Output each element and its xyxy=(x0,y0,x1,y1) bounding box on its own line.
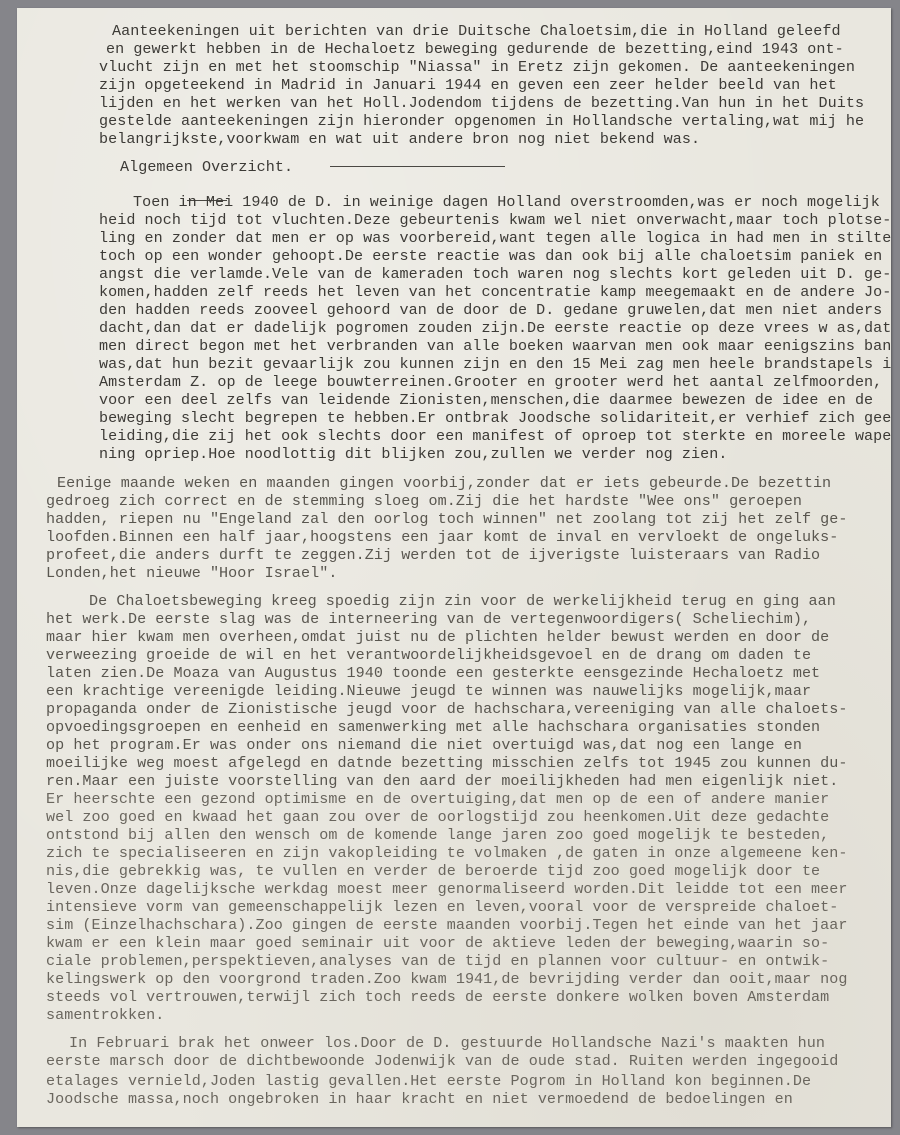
paragraph-3-line: ren.Maar een juiste voorstelling van den… xyxy=(46,772,838,790)
paragraph-3-line: kelingswerk op den voorgrond traden.Zoo … xyxy=(46,970,847,988)
paragraph-3-line: ontstond bij allen den wensch om de kome… xyxy=(46,826,829,844)
paragraph-1-line: komen,hadden zelf reeds het leven van he… xyxy=(99,283,891,301)
paragraph-1-line: den hadden reeds zooveel gehoord van de … xyxy=(99,301,882,319)
separator-rule xyxy=(330,166,505,167)
paragraph-1-line: men direct begon met het verbranden van … xyxy=(99,337,891,355)
paragraph-1-line: toch op een wonder gehoopt.De eerste rea… xyxy=(99,247,882,265)
paragraph-1-line: was,dat hun bezit gevaarlijk zou kunnen … xyxy=(99,355,891,373)
paragraph-1-line: angst die verlamde.Vele van de kameraden… xyxy=(99,265,891,283)
paragraph-3-line: steeds vol vertrouwen,terwijl zich toch … xyxy=(46,988,829,1006)
paragraph-3-line: een krachtige vereenigde leiding.Nieuwe … xyxy=(46,682,811,700)
paragraph-3-line: nis,die gebrekkig was, te vullen en verd… xyxy=(46,862,820,880)
paragraph-3-line: ciale problemen,perspektieven,analyses v… xyxy=(46,952,829,970)
intro-line: belangrijkste,voorkwam en wat uit andere… xyxy=(99,130,700,148)
page-text-area: Aanteekeningen uit berichten van drie Du… xyxy=(17,8,891,1127)
paragraph-3-line: wel zoo goed en kwaad het gaan zou over … xyxy=(46,808,829,826)
intro-line: gestelde aanteekeningen zijn hieronder o… xyxy=(99,112,864,130)
paragraph-3-line: maar hier kwam men overheen,omdat juist … xyxy=(46,628,829,646)
paragraph-3-line: zich te specialiseeren en zijn vakopleid… xyxy=(46,844,847,862)
paragraph-3-line: laten zien.De Moaza van Augustus 1940 to… xyxy=(46,664,820,682)
paragraph-3-line: samentrokken. xyxy=(46,1006,164,1024)
paragraph-4-line: eerste marsch door de dichtbewoonde Jode… xyxy=(46,1052,838,1070)
document-page: Aanteekeningen uit berichten van drie Du… xyxy=(17,8,891,1127)
paragraph-3-line: opvoedingsgroepen en eenheid en samenwer… xyxy=(46,718,820,736)
paragraph-4-line: Joodsche massa,noch ongebroken in haar k… xyxy=(46,1090,793,1108)
section-heading: Algemeen Overzicht. xyxy=(120,158,293,176)
intro-line: vlucht zijn en met het stoomschip "Niass… xyxy=(99,58,855,76)
paragraph-2-line: Londen,het nieuwe "Hoor Israel". xyxy=(46,564,337,582)
paragraph-2-line: profeet,die anders durft te zeggen.Zij w… xyxy=(46,546,820,564)
intro-line: Aanteekeningen uit berichten van drie Du… xyxy=(112,22,841,40)
paragraph-4-line: etalages vernield,Joden lastig gevallen.… xyxy=(46,1072,811,1090)
paragraph-3-line: De Chaloetsbeweging kreeg spoedig zijn z… xyxy=(89,592,836,610)
paragraph-2-line: loofden.Binnen een half jaar,hoogstens e… xyxy=(46,528,838,546)
paragraph-1-line: ling en zonder dat men er op was voorber… xyxy=(99,229,891,247)
paragraph-1-line: heid noch tijd tot vluchten.Deze gebeurt… xyxy=(99,211,891,229)
paragraph-1-line: leiding,die zij het ook slechts door een… xyxy=(99,427,891,445)
paragraph-1-line: Amsterdam Z. op de leege bouwterreinen.G… xyxy=(99,373,882,391)
paragraph-3-line: moeilijke weg moest afgelegd en datnde b… xyxy=(46,754,847,772)
paragraph-3-line: verweezing groeide de wil en het verantw… xyxy=(46,646,811,664)
intro-line: lijden en het werken van het Holl.Jodend… xyxy=(99,94,864,112)
paragraph-1-line: beweging slecht begrepen te hebben.Er on… xyxy=(99,409,891,427)
intro-line: zijn opgeteekend in Madrid in Januari 19… xyxy=(99,76,837,94)
paragraph-3-line: intensieve vorm van gemeenschappelijk le… xyxy=(46,898,838,916)
paragraph-2-line: Eenige maande weken en maanden gingen vo… xyxy=(57,474,831,492)
paragraph-4-line: In Februari brak het onweer los.Door de … xyxy=(69,1034,825,1052)
paragraph-1-line: ning opriep.Hoe noodlottig dit blijken z… xyxy=(99,445,727,463)
paragraph-1-line: voor een deel zelfs van leidende Zionist… xyxy=(99,391,873,409)
paragraph-3-line: leven.Onze dagelijksche werkdag moest me… xyxy=(46,880,847,898)
paragraph-1-line: Toen in Mei 1940 de D. in weinige dagen … xyxy=(133,193,880,211)
paragraph-2-line: gedroeg zich correct en de stemming sloe… xyxy=(46,492,802,510)
paragraph-3-line: Er heerschte een gezond optimisme en de … xyxy=(46,790,829,808)
paragraph-1-line: dacht,dan dat er dadelijk pogromen zoude… xyxy=(99,319,891,337)
intro-line: en gewerkt hebben in de Hechaloetz beweg… xyxy=(106,40,844,58)
paragraph-3-line: sim (Einzelhachschara).Zoo gingen de eer… xyxy=(46,916,847,934)
paragraph-3-line: propaganda onder de Zionistische jeugd v… xyxy=(46,700,847,718)
paragraph-2-line: hadden, riepen nu "Engeland zal den oorl… xyxy=(46,510,847,528)
paragraph-3-line: het werk.De eerste slag was de interneer… xyxy=(46,610,811,628)
paragraph-3-line: op het program.Er was onder ons niemand … xyxy=(46,736,802,754)
paragraph-3-line: kwam er een klein maar goed seminair uit… xyxy=(46,934,829,952)
